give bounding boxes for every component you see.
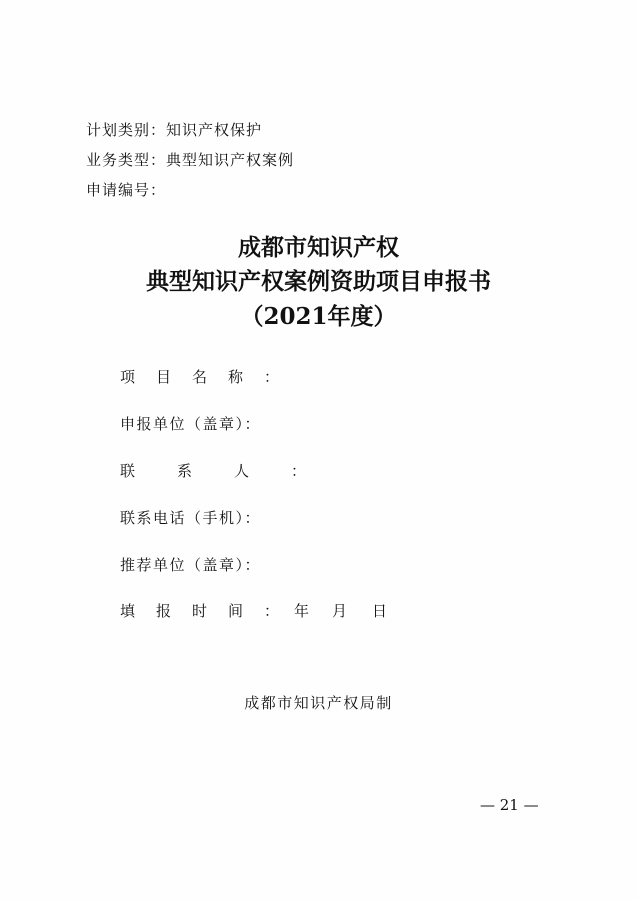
field-label: 联系人 xyxy=(120,462,291,480)
field-project-name: 项目名称： xyxy=(120,367,279,387)
field-applicant-unit: 申报单位（盖章）： xyxy=(120,414,260,434)
title-line-2: 典型知识产权案例资助项目申报书 xyxy=(0,267,637,297)
date-year: 年 xyxy=(294,601,309,621)
field-label: 填报时间 xyxy=(120,602,264,620)
field-contact-phone: 联系电话（手机）： xyxy=(120,508,260,528)
field-recommending-unit: 推荐单位（盖章）： xyxy=(120,555,260,575)
date-month: 月 xyxy=(332,601,347,621)
date-day: 日 xyxy=(372,601,387,621)
title-line-1: 成都市知识产权 xyxy=(0,233,637,263)
business-type: 业务类型：典型知识产权案例 xyxy=(86,150,294,170)
field-label: 推荐单位（盖章） xyxy=(120,556,245,574)
field-fill-date: 填报时间： xyxy=(120,601,279,621)
field-label: 项目名称 xyxy=(120,368,264,386)
issuer: 成都市知识产权局制 xyxy=(0,692,637,713)
plan-category: 计划类别：知识产权保护 xyxy=(86,120,262,140)
field-label: 申报单位（盖章） xyxy=(120,415,245,433)
application-number: 申请编号： xyxy=(86,180,166,200)
field-contact-person: 联系人： xyxy=(120,461,306,481)
page-number: — 21 — xyxy=(480,796,539,814)
document-page: 计划类别：知识产权保护 业务类型：典型知识产权案例 申请编号： 成都市知识产权 … xyxy=(0,0,637,900)
title-year: （2021年度） xyxy=(0,302,637,332)
field-label: 联系电话（手机） xyxy=(120,509,245,527)
